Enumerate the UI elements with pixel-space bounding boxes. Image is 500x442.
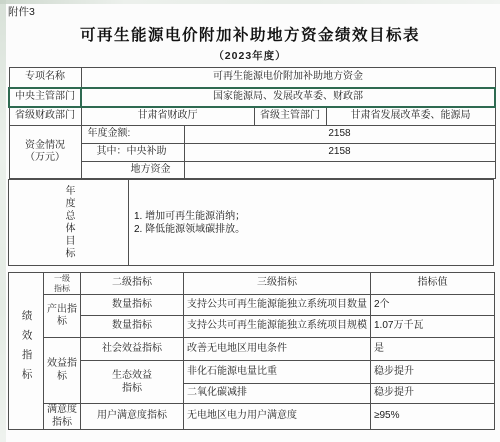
row-project-name: 专项名称 可再生能源电价附加补助地方资金 — [9, 68, 495, 88]
page-top-edge-shadow — [0, 0, 500, 4]
document-page: 附件3 可再生能源电价附加补助地方资金绩效目标表 （2023年度） 专项名称 可… — [0, 0, 500, 442]
level1-satisfaction: 满意度指标 — [44, 404, 81, 430]
level2-cell: 数量指标 — [81, 295, 184, 316]
central-dept-label: 中央主管部门 — [9, 88, 81, 107]
annual-amount-value: 2158 — [184, 126, 495, 144]
project-name-label: 专项名称 — [9, 68, 81, 88]
annual-amount-label: 年度金额: — [81, 126, 184, 144]
header-level1: 一级指标 — [44, 273, 81, 295]
level1-output: 产出指标 — [44, 295, 81, 338]
row-annual-amount: 资金情况 （万元） 年度金额: 2158 — [9, 126, 495, 144]
level3-cell: 支持公共可再生能源能独立系统项目规模 — [184, 316, 371, 338]
level3-cell: 改善无电地区用电条件 — [184, 338, 371, 361]
central-subsidy-label: 其中：中央补助 — [81, 144, 184, 162]
value-cell: 稳步提升 — [371, 361, 495, 384]
indicators-table: 绩效指标 一级指标 二级指标 三级指标 指标值 产出指标 数量指标 支持公共可再… — [8, 272, 495, 430]
provincial-finance-value: 甘肃省财政厅 — [81, 107, 254, 126]
provincial-dept-value: 甘肃省发展改革委、能源局 — [326, 107, 495, 126]
project-name-value: 可再生能源电价附加补助地方资金 — [81, 68, 495, 88]
funds-label: 资金情况 （万元） — [9, 126, 81, 179]
page-subtitle: （2023年度） — [0, 48, 500, 63]
indicator-row: 产出指标 数量指标 支持公共可再生能源能独立系统项目数量 2个 — [9, 295, 495, 316]
level2-cell: 用户满意度指标 — [81, 404, 184, 430]
info-table: 专项名称 可再生能源电价附加补助地方资金 中央主管部门 国家能源局、发展改革委、… — [8, 67, 496, 179]
header-value: 指标值 — [371, 273, 495, 295]
local-funds-label: 地方资金 — [81, 162, 184, 179]
level2-eco: 生态效益指标 — [81, 361, 184, 404]
value-cell: 1.07万千瓦 — [371, 316, 495, 338]
annual-goal-label-cell: 年度总体目标 — [9, 180, 129, 265]
level1-benefit: 效益指标 — [44, 338, 81, 404]
row-central-dept: 中央主管部门 国家能源局、发展改革委、财政部 — [9, 88, 495, 107]
level2-cell: 数量指标 — [81, 316, 184, 338]
level3-cell: 二氧化碳减排 — [184, 384, 371, 404]
level2-cell: 社会效益指标 — [81, 338, 184, 361]
value-cell: 稳步提升 — [371, 384, 495, 404]
indicator-row: 满意度指标 用户满意度指标 无电地区电力用户满意度 ≥95% — [9, 404, 495, 430]
annual-goal-content: 1. 增加可再生能源消纳； 2. 降低能源领域碳排放。 — [129, 180, 493, 265]
indicator-row: 数量指标 支持公共可再生能源能独立系统项目规模 1.07万千瓦 — [9, 316, 495, 338]
value-cell: 2个 — [371, 295, 495, 316]
provincial-dept-label: 省级主管部门 — [254, 107, 326, 126]
page-left-edge-shadow — [0, 0, 6, 442]
row-local-funds: 地方资金 — [9, 162, 495, 179]
header-level1-text: 一级指标 — [53, 274, 71, 292]
performance-side-label-cell: 绩效指标 — [9, 273, 44, 430]
level3-cell: 无电地区电力用户满意度 — [184, 404, 371, 430]
header-level2: 二级指标 — [81, 273, 184, 295]
performance-side-label: 绩效指标 — [19, 310, 32, 388]
provincial-finance-label: 省级财政部门 — [9, 107, 81, 126]
header-level3: 三级指标 — [184, 273, 371, 295]
level2-eco-text: 生态效益指标 — [109, 369, 155, 395]
annual-goal-line-2: 2. 降低能源领域碳排放。 — [134, 223, 493, 236]
indicator-row: 生态效益指标 非化石能源电量比重 稳步提升 — [9, 361, 495, 384]
annual-goal-line-1: 1. 增加可再生能源消纳； — [134, 210, 493, 223]
indicator-row: 效益指标 社会效益指标 改善无电地区用电条件 是 — [9, 338, 495, 361]
page-title: 可再生能源电价附加补助地方资金绩效目标表 — [0, 23, 500, 45]
local-funds-value — [184, 162, 495, 179]
indicators-header-row: 绩效指标 一级指标 二级指标 三级指标 指标值 — [9, 273, 495, 295]
attachment-label: 附件3 — [8, 4, 35, 19]
annual-goal-section: 年度总体目标 1. 增加可再生能源消纳； 2. 降低能源领域碳排放。 — [8, 179, 494, 266]
row-central-subsidy: 其中：中央补助 2158 — [9, 144, 495, 162]
level3-cell: 非化石能源电量比重 — [184, 361, 371, 384]
level3-cell: 支持公共可再生能源能独立系统项目数量 — [184, 295, 371, 316]
annual-goal-label: 年度总体目标 — [61, 185, 76, 260]
value-cell: 是 — [371, 338, 495, 361]
central-dept-value: 国家能源局、发展改革委、财政部 — [81, 88, 495, 107]
central-subsidy-value: 2158 — [184, 144, 495, 162]
row-provincial-depts: 省级财政部门 甘肃省财政厅 省级主管部门 甘肃省发展改革委、能源局 — [9, 107, 495, 126]
value-cell: ≥95% — [371, 404, 495, 430]
